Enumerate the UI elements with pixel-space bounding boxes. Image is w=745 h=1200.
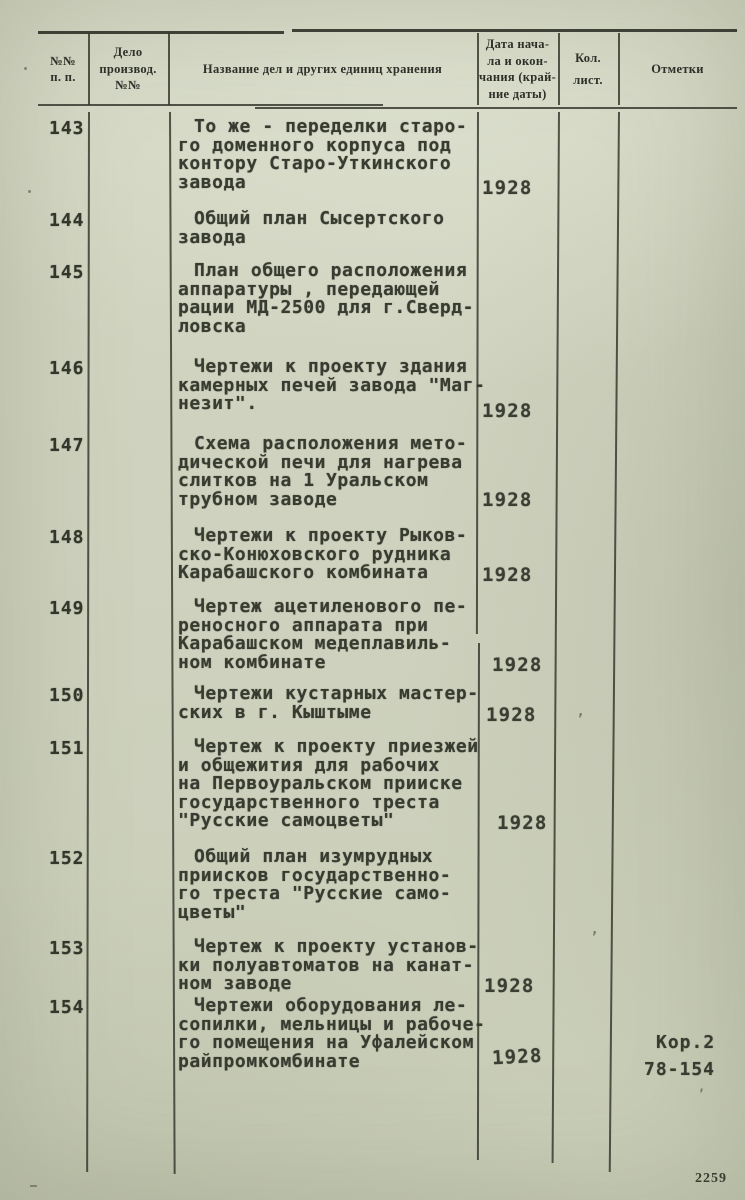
- entry-title: Схема расположения мето- дической печи д…: [178, 435, 496, 509]
- body-separator-num: [86, 112, 90, 1172]
- entry-date: 1928: [492, 654, 543, 676]
- row-number: 145: [49, 262, 85, 283]
- header-border-bottom-right: [255, 107, 737, 109]
- row-number: 143: [49, 118, 85, 139]
- paper-speck: [24, 67, 27, 70]
- entry-date: 1928: [482, 400, 533, 422]
- row-number: 147: [49, 435, 85, 456]
- body-separator-notes: [609, 112, 620, 1172]
- entry-title: Чертеж ацетиленового пе- реносного аппар…: [178, 598, 496, 672]
- entry-date: 1928: [482, 177, 533, 199]
- entry-title: Общий план Сысертского завода: [178, 210, 496, 247]
- row-number: 151: [49, 738, 85, 759]
- row-number: 146: [49, 358, 85, 379]
- entry-date: 1928: [484, 975, 535, 997]
- page-number-stamp: 2259: [695, 1171, 727, 1187]
- entry-title: Чертежи к проекту Рыков- ско-Конюховског…: [178, 527, 496, 583]
- body-separator-delo: [169, 112, 176, 1174]
- header-separator-5: [618, 33, 620, 105]
- table-border-top-right: [292, 29, 737, 32]
- column-header-num: №№ п. п.: [38, 33, 88, 105]
- body-separator-sheets: [552, 112, 560, 1163]
- entry-date: 1928: [486, 704, 537, 726]
- paper-speck: ,: [698, 1080, 705, 1094]
- entry-date: 1928: [491, 1045, 543, 1070]
- row-number: 144: [49, 210, 85, 231]
- entry-title: Общий план изумрудных приисков государст…: [178, 848, 496, 922]
- header-separator-3: [477, 33, 479, 105]
- column-header-title: Название дел и других единиц хранения: [168, 33, 477, 105]
- entry-title: Чертеж к проекту установ- ки полуавтомат…: [178, 938, 496, 994]
- row-number: 153: [49, 938, 85, 959]
- entry-title: Чертежи кустарных мастер- ских в г. Кышт…: [178, 685, 496, 722]
- column-header-dates: Дата нача- ла и окон- чания (край- ние д…: [477, 33, 558, 105]
- header-separator-1: [88, 33, 90, 105]
- header-separator-2: [168, 33, 170, 105]
- entry-date: 1928: [482, 564, 533, 586]
- entry-title: Чертеж к проекту приезжей и общежития дл…: [178, 738, 496, 831]
- column-header-delo: Дело производ. №№: [88, 33, 168, 105]
- entry-date: 1928: [497, 812, 548, 834]
- paper-speck: ’: [590, 930, 598, 946]
- entry-title: Чертежи оборудования ле- сопилки, мельни…: [178, 997, 496, 1071]
- row-number: 154: [49, 997, 85, 1018]
- header-separator-4: [558, 33, 560, 105]
- row-number: 152: [49, 848, 85, 869]
- entry-notes: Кор.2 78-154: [644, 1029, 715, 1083]
- entry-title: То же - переделки старо- го доменного ко…: [178, 118, 496, 192]
- column-header-sheets: Кол. лист.: [558, 33, 618, 105]
- archive-inventory-page: №№ п. п. Дело производ. №№ Название дел …: [0, 0, 745, 1200]
- entry-date: 1928: [482, 489, 533, 511]
- entry-title: План общего расположения аппаратуры , пе…: [178, 262, 496, 336]
- header-border-bottom-left: [38, 104, 383, 106]
- row-number: 149: [49, 598, 85, 619]
- paper-speck: [28, 190, 31, 193]
- paper-speck: [30, 1185, 37, 1187]
- column-header-notes: Отметки: [618, 33, 737, 105]
- row-number: 148: [49, 527, 85, 548]
- paper-speck: ’: [576, 712, 584, 728]
- row-number: 150: [49, 685, 85, 706]
- entry-title: Чертежи к проекту здания камерных печей …: [178, 358, 496, 414]
